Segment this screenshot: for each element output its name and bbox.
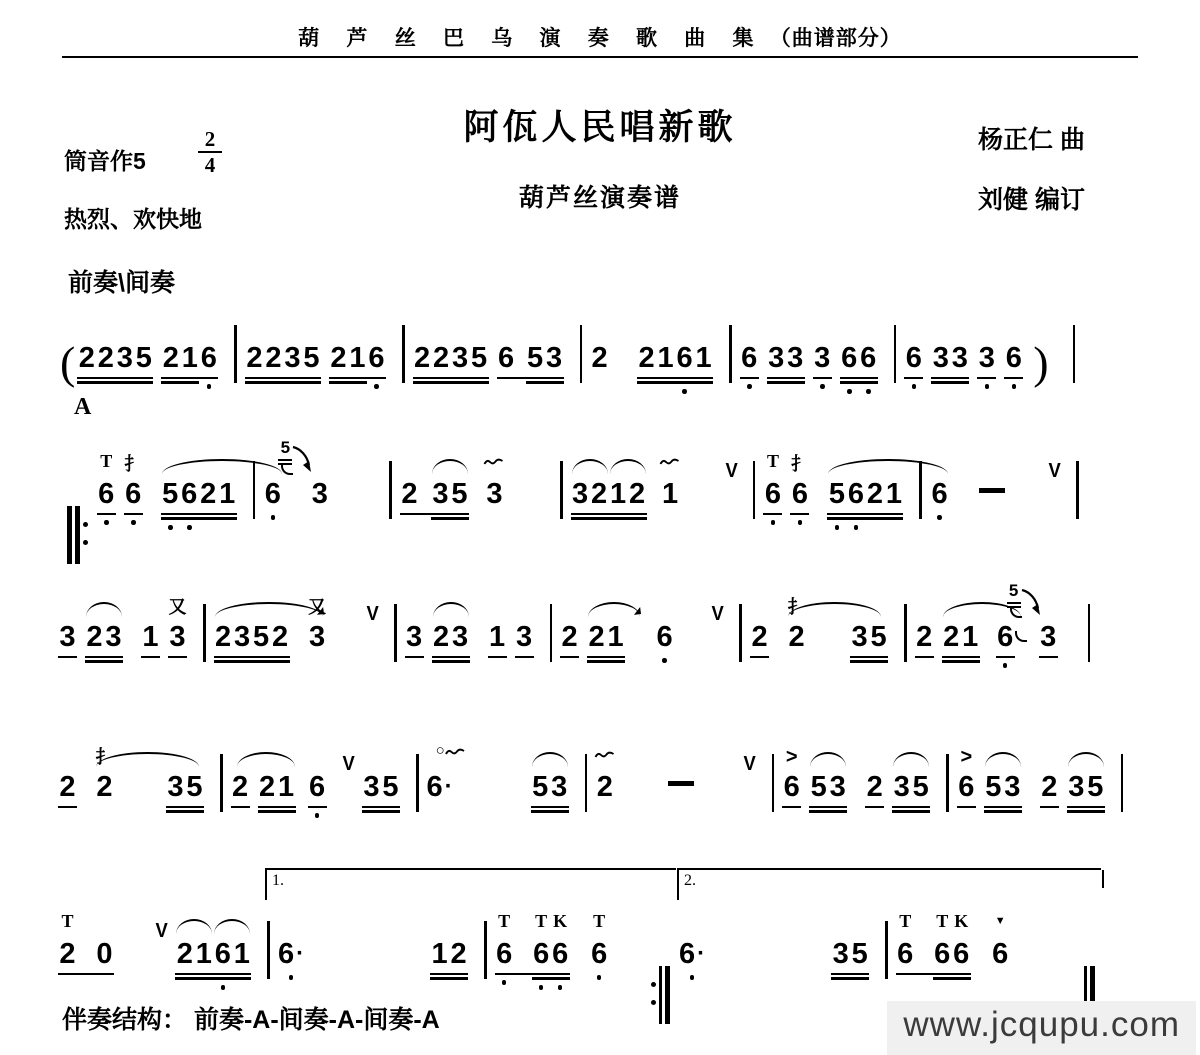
parenthesis: ): [1033, 336, 1048, 389]
underline: [245, 377, 321, 379]
barline-stroke: [665, 966, 670, 1024]
breath-mark: V: [712, 603, 724, 626]
note-digit: 3又: [168, 623, 187, 652]
note-digit: 2: [271, 623, 290, 652]
note-digit: 1: [694, 344, 713, 373]
note-digit: 1: [180, 344, 199, 373]
note-group: 6▼: [991, 940, 1010, 969]
note-group: 2161: [175, 940, 251, 969]
tonguing-mark-T: T: [498, 912, 510, 930]
barline: [729, 325, 732, 383]
note-group: 6: [655, 623, 674, 652]
underline: [497, 377, 564, 379]
breath-mark: V: [1049, 460, 1061, 483]
time-signature-denominator: 4: [196, 154, 224, 176]
staccato-triangle-icon: ▼: [995, 916, 1006, 927]
note-digit: 2: [865, 480, 884, 509]
underline: [865, 806, 884, 808]
note-group: 5621: [827, 480, 903, 509]
spacer: [337, 502, 381, 503]
slur-arc: [176, 919, 212, 934]
sub-underline: [431, 517, 469, 519]
note-digit: 2: [1040, 773, 1059, 802]
dayin-mark-icon: 扌: [124, 450, 142, 476]
underline: [996, 656, 1015, 658]
spacer: [777, 645, 787, 646]
underline: [1004, 377, 1023, 379]
slur-arc: [893, 752, 929, 767]
underline: [432, 660, 470, 662]
watermark: www.jcqupu.com: [887, 1001, 1196, 1055]
underline: [58, 656, 77, 658]
barline: [484, 921, 487, 979]
flutter-icon: ○: [436, 742, 466, 760]
note-group: 21: [942, 623, 980, 652]
note-digit: 2: [865, 773, 884, 802]
underline: [790, 513, 809, 515]
note-group: 1: [488, 623, 507, 652]
note-digit: 6扌: [790, 480, 809, 509]
underline: [166, 806, 204, 808]
slur-arc: [432, 459, 468, 474]
note-group: 53: [531, 773, 569, 802]
note-group: 35: [892, 773, 930, 802]
dieyin-mark-icon: 又: [169, 593, 187, 619]
note-digit: 6: [367, 344, 386, 373]
note-digit: 2: [637, 344, 656, 373]
underline: [175, 973, 251, 975]
d1: [651, 982, 656, 987]
note-group: 3: [813, 344, 832, 373]
underline: [77, 381, 153, 383]
note-digit: 6: [859, 344, 878, 373]
note-group: 35: [1039, 623, 1058, 652]
note-digit: 3: [58, 623, 77, 652]
note-group: 6扌: [790, 480, 809, 509]
note-digit: 3: [283, 344, 302, 373]
underline: [531, 806, 569, 808]
underline: [827, 513, 903, 515]
underline: [515, 656, 534, 658]
note-digit: 5: [381, 773, 400, 802]
grace-note: 5: [278, 438, 328, 484]
note-digit: 2: [750, 623, 769, 652]
note-digit: 2: [161, 344, 180, 373]
tonguing-mark-T: T: [593, 912, 605, 930]
note-digit: 5: [185, 773, 204, 802]
note-group: 2: [58, 773, 77, 802]
note-digit: 2: [96, 344, 115, 373]
note-digit: 2: [560, 623, 579, 652]
note-digit: 3: [550, 773, 569, 802]
note-digit: 3: [310, 480, 329, 509]
note-group: 6: [1004, 344, 1023, 373]
note-group: 6>: [782, 773, 801, 802]
underline: [942, 656, 980, 658]
note-digit: 6扌: [124, 480, 143, 509]
underline: [931, 381, 969, 383]
slur-arc: [433, 602, 469, 617]
d2: [83, 540, 88, 545]
d2: [651, 1000, 656, 1005]
note-digit: 6T: [97, 480, 116, 509]
barline: [1121, 754, 1124, 812]
accent-icon: >: [786, 746, 798, 769]
barline: [1076, 461, 1079, 519]
score-line: 32313又23523又V323132216V22扌35221635: [58, 603, 1098, 662]
note-group: 2: [750, 623, 769, 652]
low-octave-dot: [104, 520, 109, 525]
underline: [362, 806, 400, 808]
note-digit: 3又: [308, 623, 327, 652]
note-digit: 1: [961, 623, 980, 652]
note-group: 6: [308, 773, 327, 802]
underline: [850, 656, 888, 658]
note-group: 35: [166, 773, 204, 802]
low-octave-dot: [597, 975, 602, 980]
underline: [308, 806, 327, 808]
low-octave-dot: [207, 384, 212, 389]
note-digit: 6: [497, 344, 516, 373]
note-digit: 5: [470, 344, 489, 373]
half-note-dash: [668, 781, 694, 786]
note-digit: 3: [1003, 773, 1022, 802]
note-group: 33: [767, 344, 805, 373]
spacer: [682, 645, 704, 646]
slur-arc: [810, 752, 846, 767]
note-digit: 5: [1086, 773, 1105, 802]
note-digit: 3: [931, 344, 950, 373]
note-group: 2235: [77, 344, 153, 373]
note-group: 2: [915, 623, 934, 652]
breath-mark: V: [156, 920, 168, 943]
underline: [767, 377, 805, 379]
underline: [85, 660, 123, 662]
note-group: 1: [141, 623, 160, 652]
barline: [1073, 325, 1076, 383]
note-group: 6T6T6K: [896, 940, 971, 969]
underline: [809, 806, 847, 808]
note-digit: 6: [740, 344, 759, 373]
spacer: [122, 962, 148, 963]
augmentation-dot: ·: [697, 940, 705, 967]
underline: [571, 517, 647, 519]
note-digit: 3: [571, 480, 590, 509]
note-group: 6T6T6K: [495, 940, 570, 969]
note-digit: 3: [115, 344, 134, 373]
underline: [942, 660, 980, 662]
spacer: [578, 962, 590, 963]
note-group: 6·: [679, 940, 705, 969]
underline: [892, 806, 930, 808]
barline-stroke: [659, 966, 662, 1024]
note-digit: 6: [655, 623, 674, 652]
underline: [896, 973, 971, 975]
note-digit: 3: [1067, 773, 1086, 802]
underline: [587, 660, 625, 662]
note-digit: 3: [831, 940, 850, 969]
spacer: [957, 502, 967, 503]
note-digit: 3: [485, 480, 504, 509]
note-digit: 6·: [679, 940, 705, 969]
note-digit: 6: [996, 623, 1015, 652]
low-octave-dot: [690, 975, 695, 980]
note-digit: 3: [545, 344, 564, 373]
note-digit: 2: [595, 773, 614, 802]
note-group: 1: [661, 480, 680, 509]
underline: [587, 656, 625, 658]
note-digit: 2: [590, 344, 609, 373]
underline: [488, 656, 507, 658]
underline: [1067, 806, 1105, 808]
key-label: 筒音作5: [64, 143, 146, 176]
half-note-dash: [979, 488, 1005, 493]
spacer: [1018, 962, 1076, 963]
low-octave-dot: [747, 384, 752, 389]
note-digit: 6>: [957, 773, 976, 802]
sub-underline: [532, 977, 570, 979]
underline: [329, 377, 386, 379]
slur-arc: [588, 602, 640, 617]
grace-note: 5: [1007, 581, 1057, 627]
low-octave-dot: [1012, 384, 1017, 389]
note-digit: 6: [904, 344, 923, 373]
slur-arc: [86, 602, 122, 617]
underline: [984, 806, 1022, 808]
spacer: [478, 645, 488, 646]
underline: [430, 973, 468, 975]
note-digit: 5: [526, 344, 545, 373]
note-group: 3: [515, 623, 534, 652]
composer-credit: 杨正仁 曲: [978, 120, 1085, 156]
spacer: [1051, 366, 1065, 367]
note-digit: 1: [232, 940, 251, 969]
underline: [166, 810, 204, 812]
note-group: 2235: [245, 344, 321, 373]
low-octave-dot: [682, 389, 687, 394]
underline: [892, 810, 930, 812]
note-digit: 2: [258, 773, 277, 802]
underline: [637, 381, 713, 383]
underline: [827, 517, 903, 519]
low-octave-dot: [866, 389, 871, 394]
dayin-mark-icon: 扌: [791, 450, 809, 476]
book-series-title: 葫 芦 丝 巴 乌 演 奏 歌 曲 集 （曲谱部分）: [0, 22, 1200, 52]
spacer: [122, 795, 166, 796]
parenthesis: (: [60, 336, 75, 389]
note-digit: 6T: [532, 940, 551, 969]
spacer: [477, 502, 485, 503]
low-octave-dot: [835, 525, 840, 530]
dieyin-mark-icon: 又: [308, 593, 326, 619]
score-line: (2235216223521622356532216163336663336): [58, 325, 1083, 389]
underline: [831, 977, 869, 979]
note-group: 6: [930, 480, 949, 509]
slur-arc: [1068, 752, 1104, 767]
barline: [560, 461, 563, 519]
note-group: 6: [263, 480, 282, 509]
barline-stroke: [75, 506, 80, 564]
slide-down-arrow-icon: [1020, 587, 1046, 617]
low-octave-dot: [131, 520, 136, 525]
barline: [753, 461, 756, 519]
slide-hook: [1015, 631, 1027, 642]
underline: [413, 381, 489, 383]
note-group: 216: [329, 344, 386, 373]
prelude-section-label: 前奏\间奏: [68, 263, 175, 299]
spacer: [335, 645, 359, 646]
barline: [203, 604, 206, 662]
note-digit: 6: [930, 480, 949, 509]
low-octave-dot: [662, 658, 667, 663]
header-rule: [62, 56, 1138, 58]
note-digit: 6T: [896, 940, 915, 969]
low-octave-dot: [558, 985, 563, 990]
underline: [175, 977, 251, 979]
slur-arc: [237, 752, 295, 767]
note-digit: 1: [277, 773, 296, 802]
slur-arc: [214, 919, 250, 934]
note-group: 2: [590, 344, 609, 373]
repeat-dots: [82, 506, 90, 564]
low-octave-dot: [168, 525, 173, 530]
note-digit: 2: [175, 940, 194, 969]
barline: [267, 921, 270, 979]
note-digit: 1: [194, 940, 213, 969]
low-octave-dot: [502, 980, 507, 985]
sheet-music-page: 葫 芦 丝 巴 乌 演 奏 歌 曲 集 （曲谱部分） 阿佤人民唱新歌 杨正仁 曲…: [0, 0, 1200, 1055]
tonguing-mark-T: T: [535, 912, 547, 930]
note-digit: 1: [430, 940, 449, 969]
note-digit: 6K: [551, 940, 570, 969]
note-digit: 2: [245, 344, 264, 373]
note-group: 3: [58, 623, 77, 652]
book-series-paren: （曲谱部分）: [770, 26, 902, 50]
gul: [278, 459, 292, 461]
low-octave-dot: [221, 985, 226, 990]
low-octave-dot: [854, 525, 859, 530]
spacer: [461, 795, 531, 796]
underline: [850, 660, 888, 662]
note-digit: 3: [977, 344, 996, 373]
note-digit: 3: [166, 773, 185, 802]
note-digit: 6T: [495, 940, 514, 969]
note-group: 3又: [168, 623, 187, 652]
note-group: 3212: [571, 480, 647, 509]
grace-note-digit: 5: [1007, 581, 1021, 601]
note-group: 21: [587, 623, 625, 652]
spacer: [633, 645, 655, 646]
note-digit: 3: [362, 773, 381, 802]
note-digit: 5: [911, 773, 930, 802]
note-digit: 3: [405, 623, 424, 652]
underline: [740, 377, 759, 379]
note-digit: 6·○: [427, 773, 453, 802]
underline: [161, 377, 218, 379]
underline: [258, 810, 296, 812]
note-digit: 2扌: [787, 623, 806, 652]
underline: [432, 656, 470, 658]
note-digit: 6▼: [991, 940, 1010, 969]
tonguing-mark-T: T: [767, 452, 779, 470]
note-group: 2352: [214, 623, 290, 652]
low-octave-dot: [374, 384, 379, 389]
note-digit: 1: [218, 480, 237, 509]
underline: [1040, 806, 1059, 808]
low-octave-dot: [820, 384, 825, 389]
note-digit: 5: [252, 623, 271, 652]
low-octave-dot: [315, 813, 320, 818]
underline: [85, 656, 123, 658]
note-digit: 5: [161, 480, 180, 509]
barline: [585, 754, 588, 812]
underline: [571, 513, 647, 515]
note-digit: 1: [656, 344, 675, 373]
slur-arc: [162, 459, 282, 474]
slur-arc: [985, 752, 1021, 767]
barline: [389, 461, 392, 519]
underline: [245, 381, 321, 383]
note-group: 2: [595, 773, 614, 802]
barline: [904, 604, 907, 662]
note-digit: 6: [213, 940, 232, 969]
mordent-icon: [484, 452, 505, 470]
note-group: 23: [432, 623, 470, 652]
time-signature: 2 4: [196, 128, 224, 176]
spacer: [706, 795, 736, 796]
d1: [83, 522, 88, 527]
note-group: 66: [840, 344, 878, 373]
note-digit: 3: [850, 623, 869, 652]
underline: [831, 973, 869, 975]
spacer: [855, 795, 865, 796]
underline: [977, 377, 996, 379]
spacer: [85, 795, 95, 796]
note-digit: 3: [950, 344, 969, 373]
low-octave-dot: [912, 384, 917, 389]
volta-label: 2.: [684, 872, 696, 890]
spacer: [622, 795, 656, 796]
note-digit: 5: [809, 773, 828, 802]
note-digit: 1: [609, 480, 628, 509]
note-digit: 2扌: [95, 773, 114, 802]
spacer: [298, 645, 308, 646]
note-group: 6·○: [427, 773, 453, 802]
book-series-main: 葫 芦 丝 巴 乌 演 奏 歌 曲 集: [298, 26, 764, 50]
barline: [416, 754, 419, 812]
augmentation-dot: ·: [296, 940, 304, 967]
note-digit: 2: [231, 773, 250, 802]
barline: [580, 325, 583, 383]
accompaniment-structure: 伴奏结构： 前奏-A-间奏-A-间奏-A: [62, 1000, 440, 1036]
sub-underline: [329, 381, 367, 383]
underline: [840, 377, 878, 379]
low-octave-dot: [271, 515, 276, 520]
underline: [214, 660, 290, 662]
note-group: 35: [310, 480, 329, 509]
note-digit: 5: [984, 773, 1003, 802]
note-group: 6T: [763, 480, 782, 509]
note-digit: 5: [869, 623, 888, 652]
note-group: 653: [497, 344, 564, 373]
slide-hook: [281, 464, 293, 475]
note-digit: 1: [141, 623, 160, 652]
slur-arc: [572, 459, 608, 474]
underline: [124, 513, 143, 515]
note-group: 12: [430, 940, 468, 969]
tonguing-mark-T: T: [61, 912, 73, 930]
note-digit: 2: [329, 344, 348, 373]
